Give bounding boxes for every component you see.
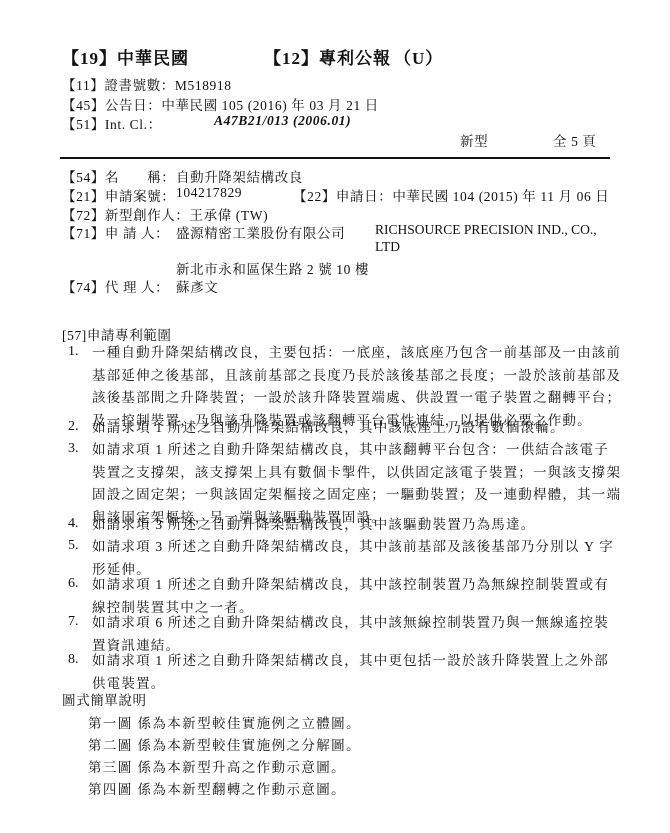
app-date-value: 中華民國 104 (2015) 年 11 月 06 日 xyxy=(392,189,609,204)
int-cl-value: A47B21/013 (2006.01) xyxy=(214,113,351,129)
field-label: Int. Cl.： xyxy=(105,117,162,132)
creator-value: 王承偉 (TW) xyxy=(190,208,269,223)
applicant-name-en-cont: LTD xyxy=(375,239,400,255)
pub-type: 專利公報 xyxy=(319,49,391,68)
int-cl-row: 【51】Int. Cl.： xyxy=(62,113,162,133)
pub-code: 【12】 xyxy=(264,49,319,68)
country-header: 【19】中華民國 xyxy=(62,44,189,69)
cert-no-row: 【11】證書號數：M518918 xyxy=(62,74,232,94)
claim-text: 如請求項 1 所述之自動升降架結構改良，其中該底座上乃設有數個滾輪。 xyxy=(92,417,622,440)
figure-description: 第二圖 係為本新型較佳實施例之分解圖。 xyxy=(88,734,361,754)
claim-number: 7. xyxy=(68,614,79,630)
claim-text: 如請求項 1 所述之自動升降架結構改良，其中更包括一設於該升降裝置上之外部供電裝… xyxy=(92,650,622,695)
kind-code: （U） xyxy=(394,44,443,69)
field-code: 【54】 xyxy=(62,170,105,185)
field-code: 【74】 xyxy=(62,280,105,295)
divider-rule xyxy=(60,157,610,159)
field-code: 【45】 xyxy=(62,98,105,113)
pub-date-value: 中華民國 105 (2016) 年 03 月 21 日 xyxy=(161,98,379,113)
claim-number: 1. xyxy=(68,344,79,360)
claim-text: 如請求項 3 所述之自動升降架結構改良，其中該驅動裝置乃為馬達。 xyxy=(92,514,622,537)
claim-number: 5. xyxy=(68,538,79,554)
claim-number: 6. xyxy=(68,576,79,592)
figure-description: 第三圖 係為本新型升高之作動示意圖。 xyxy=(88,756,346,776)
title-value: 自動升降架結構改良 xyxy=(176,166,303,186)
figure-description: 第四圖 係為本新型翻轉之作動示意圖。 xyxy=(88,778,346,798)
claim-number: 4. xyxy=(68,516,79,532)
claim-number: 8. xyxy=(68,652,79,668)
patent-type: 新型 xyxy=(460,130,488,150)
field-label: 公告日： xyxy=(105,98,161,113)
page-count: 全 5 頁 xyxy=(553,130,597,150)
creator-row: 【72】新型創作人：王承偉 (TW) xyxy=(62,204,268,224)
field-label: 申請案號： xyxy=(105,189,176,204)
field-code: 【21】 xyxy=(62,189,105,204)
claim-number: 3. xyxy=(68,441,79,457)
pub-date-row: 【45】公告日：中華民國 105 (2016) 年 03 月 21 日 xyxy=(62,94,379,114)
country-name: 中華民國 xyxy=(117,49,189,68)
app-no-row: 【21】申請案號： xyxy=(62,185,175,205)
claim-number: 2. xyxy=(68,419,79,435)
applicant-name-zh: 盛源精密工業股份有限公司 xyxy=(176,222,345,242)
applicant-address: 新北市永和區保生路 2 號 10 樓 xyxy=(176,258,369,278)
field-code: 【51】 xyxy=(62,117,105,132)
field-label: 證書號數： xyxy=(104,78,175,93)
agent-row: 【74】代 理 人： xyxy=(62,276,169,296)
figures-heading: 圖式簡單說明 xyxy=(62,689,147,709)
claims-heading: [57]申請專利範圍 xyxy=(62,324,172,344)
field-code: 【11】 xyxy=(62,78,104,93)
publication-header: 【12】專利公報 xyxy=(264,44,391,69)
agent-value: 蘇彥文 xyxy=(176,276,218,296)
applicant-row: 【71】申 請 人： xyxy=(62,222,169,242)
country-code: 【19】 xyxy=(62,49,117,68)
app-date-row: 【22】申請日：中華民國 104 (2015) 年 11 月 06 日 xyxy=(293,185,609,205)
applicant-name-en: RICHSOURCE PRECISION IND., CO., xyxy=(375,222,597,238)
field-label: 申請日： xyxy=(336,189,392,204)
field-label: 新型創作人： xyxy=(105,208,190,223)
title-row: 【54】名 稱： xyxy=(62,166,175,186)
field-code: 【71】 xyxy=(62,226,105,241)
field-label: 代 理 人： xyxy=(105,280,169,295)
field-code: 【22】 xyxy=(293,189,336,204)
app-no-value: 104217829 xyxy=(176,185,242,201)
figure-description: 第一圖 係為本新型較佳實施例之立體圖。 xyxy=(88,712,361,732)
field-label: 名 稱： xyxy=(105,170,176,185)
cert-no-value: M518918 xyxy=(175,78,232,93)
field-label: 申 請 人： xyxy=(105,226,169,241)
field-code: 【72】 xyxy=(62,208,105,223)
